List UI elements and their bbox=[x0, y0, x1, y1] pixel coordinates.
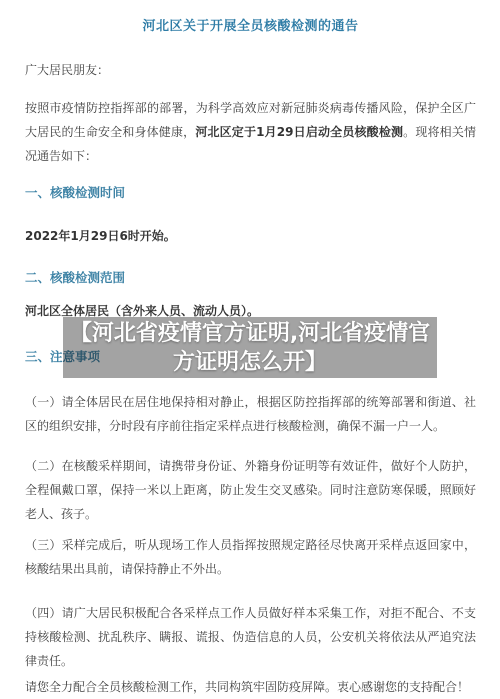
notice-title: 河北区关于开展全员核酸检测的通告 bbox=[25, 18, 476, 36]
notice-item-3: （三）采样完成后，听从现场工作人员指挥按照规定路径尽快离开采样点返回家中，核酸结… bbox=[25, 533, 476, 581]
salutation: 广大居民朋友： bbox=[25, 58, 476, 82]
notice-item-1: （一）请全体居民在居住地保持相对静止，根据区防控指挥部的统筹部署和街道、社区的组… bbox=[25, 390, 476, 438]
intro-text-bold: 河北区定于1月29日启动全员核酸检测 bbox=[195, 125, 403, 139]
section-1-body-test-time: 2022年1月29日6时开始。 bbox=[25, 224, 476, 248]
notice-item-2: （二）在核酸采样期间，请携带身份证、外籍身份证明等有效证件，做好个人防护，全程佩… bbox=[25, 454, 476, 526]
watermark-overlay: 【河北省疫情官方证明,河北省疫情官 方证明怎么开】 bbox=[63, 317, 437, 378]
section-2-heading: 二、核酸检测范围 bbox=[25, 266, 476, 290]
watermark-line-2: 方证明怎么开】 bbox=[63, 348, 437, 377]
watermark-line-1: 【河北省疫情官方证明,河北省疫情官 bbox=[63, 319, 437, 348]
closing-paragraph: 请您全力配合全员核酸检测工作，共同构筑牢固防疫屏障。衷心感谢您的支持配合！ bbox=[25, 675, 476, 699]
section-1-heading: 一、核酸检测时间 bbox=[25, 181, 476, 205]
intro-paragraph: 按照市疫情防控指挥部的部署，为科学高效应对新冠肺炎病毒传播风险，保护全区广大居民… bbox=[25, 96, 476, 168]
notice-item-4: （四）请广大居民积极配合各采样点工作人员做好样本采集工作，对拒不配合、不支持核酸… bbox=[25, 601, 476, 673]
